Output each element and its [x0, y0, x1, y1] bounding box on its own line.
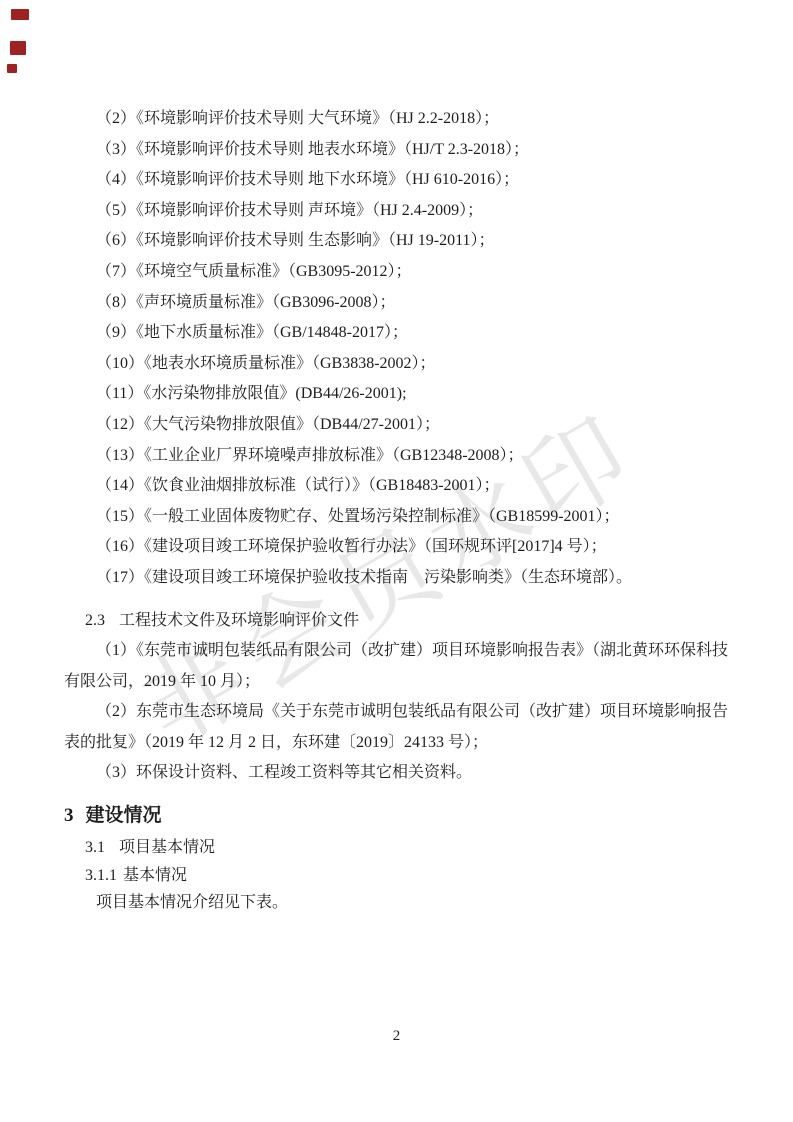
standard-item: （10）《地表水环境质量标准》（GB3838-2002）；: [64, 349, 731, 380]
standard-item: （5）《环境影响评价技术导则 声环境》（HJ 2.4-2009）；: [64, 196, 731, 227]
section-number: 2.3: [85, 612, 105, 629]
chapter-title: 建设情况: [86, 805, 162, 826]
red-mark: [10, 41, 26, 55]
standard-item: （7）《环境空气质量标准》（GB3095-2012）；: [64, 257, 731, 288]
standard-item: （17）《建设项目竣工环境保护验收技术指南 污染影响类》（生态环境部）。: [64, 563, 731, 594]
standard-item: （13）《工业企业厂界环境噪声排放标准》（GB12348-2008）；: [64, 441, 731, 472]
section-heading-3-1-1: 3.1.1基本情况: [85, 861, 731, 892]
section-title: 基本情况: [123, 867, 187, 884]
page-content: （2）《环境影响评价技术导则 大气环境》（HJ 2.2-2018）； （3）《环…: [64, 104, 731, 919]
section-title: 工程技术文件及环境影响评价文件: [119, 612, 359, 629]
standard-item: （11）《水污染物排放限值》(DB44/26-2001);: [64, 379, 731, 410]
red-mark: [11, 9, 29, 20]
section-number: 3.1.1: [85, 867, 117, 884]
standard-item: （16）《建设项目竣工环境保护验收暂行办法》（国环规环评[2017]4 号）；: [64, 532, 731, 563]
paragraph: 项目基本情况介绍见下表。: [64, 888, 731, 919]
standard-item: （9）《地下水质量标准》（GB/14848-2017）；: [64, 318, 731, 349]
red-mark: [7, 64, 17, 73]
section-heading-2-3: 2.3工程技术文件及环境影响评价文件: [85, 606, 731, 637]
standard-item: （6）《环境影响评价技术导则 生态影响》（HJ 19-2011）；: [64, 226, 731, 257]
paragraph: （1）《东莞市诚明包装纸品有限公司（改扩建）项目环境影响报告表》（湖北黄环环保科…: [64, 636, 731, 697]
chapter-number: 3: [64, 805, 74, 826]
paragraph: （3）环保设计资料、工程竣工资料等其它相关资料。: [64, 758, 731, 789]
section-heading-3-1: 3.1项目基本情况: [85, 833, 731, 864]
standard-item: （4）《环境影响评价技术导则 地下水环境》（HJ 610-2016）；: [64, 165, 731, 196]
standard-item: （8）《声环境质量标准》（GB3096-2008）；: [64, 288, 731, 319]
page-number: 2: [0, 1028, 793, 1045]
standard-item: （3）《环境影响评价技术导则 地表水环境》（HJ/T 2.3-2018）；: [64, 135, 731, 166]
standard-item: （2）《环境影响评价技术导则 大气环境》（HJ 2.2-2018）；: [64, 104, 731, 135]
document-page: 非会员水印 （2）《环境影响评价技术导则 大气环境》（HJ 2.2-2018）；…: [0, 0, 793, 1122]
paragraph: （2）东莞市生态环境局《关于东莞市诚明包装纸品有限公司（改扩建）项目环境影响报告…: [64, 697, 731, 758]
chapter-heading-3: 3建设情况: [64, 799, 731, 833]
standard-item: （12）《大气污染物排放限值》（DB44/27-2001）；: [64, 410, 731, 441]
section-number: 3.1: [85, 839, 105, 856]
standard-item: （14）《饮食业油烟排放标准（试行）》（GB18483-2001）；: [64, 471, 731, 502]
standard-item: （15）《一般工业固体废物贮存、处置场污染控制标准》（GB18599-2001）…: [64, 502, 731, 533]
section-title: 项目基本情况: [119, 839, 215, 856]
